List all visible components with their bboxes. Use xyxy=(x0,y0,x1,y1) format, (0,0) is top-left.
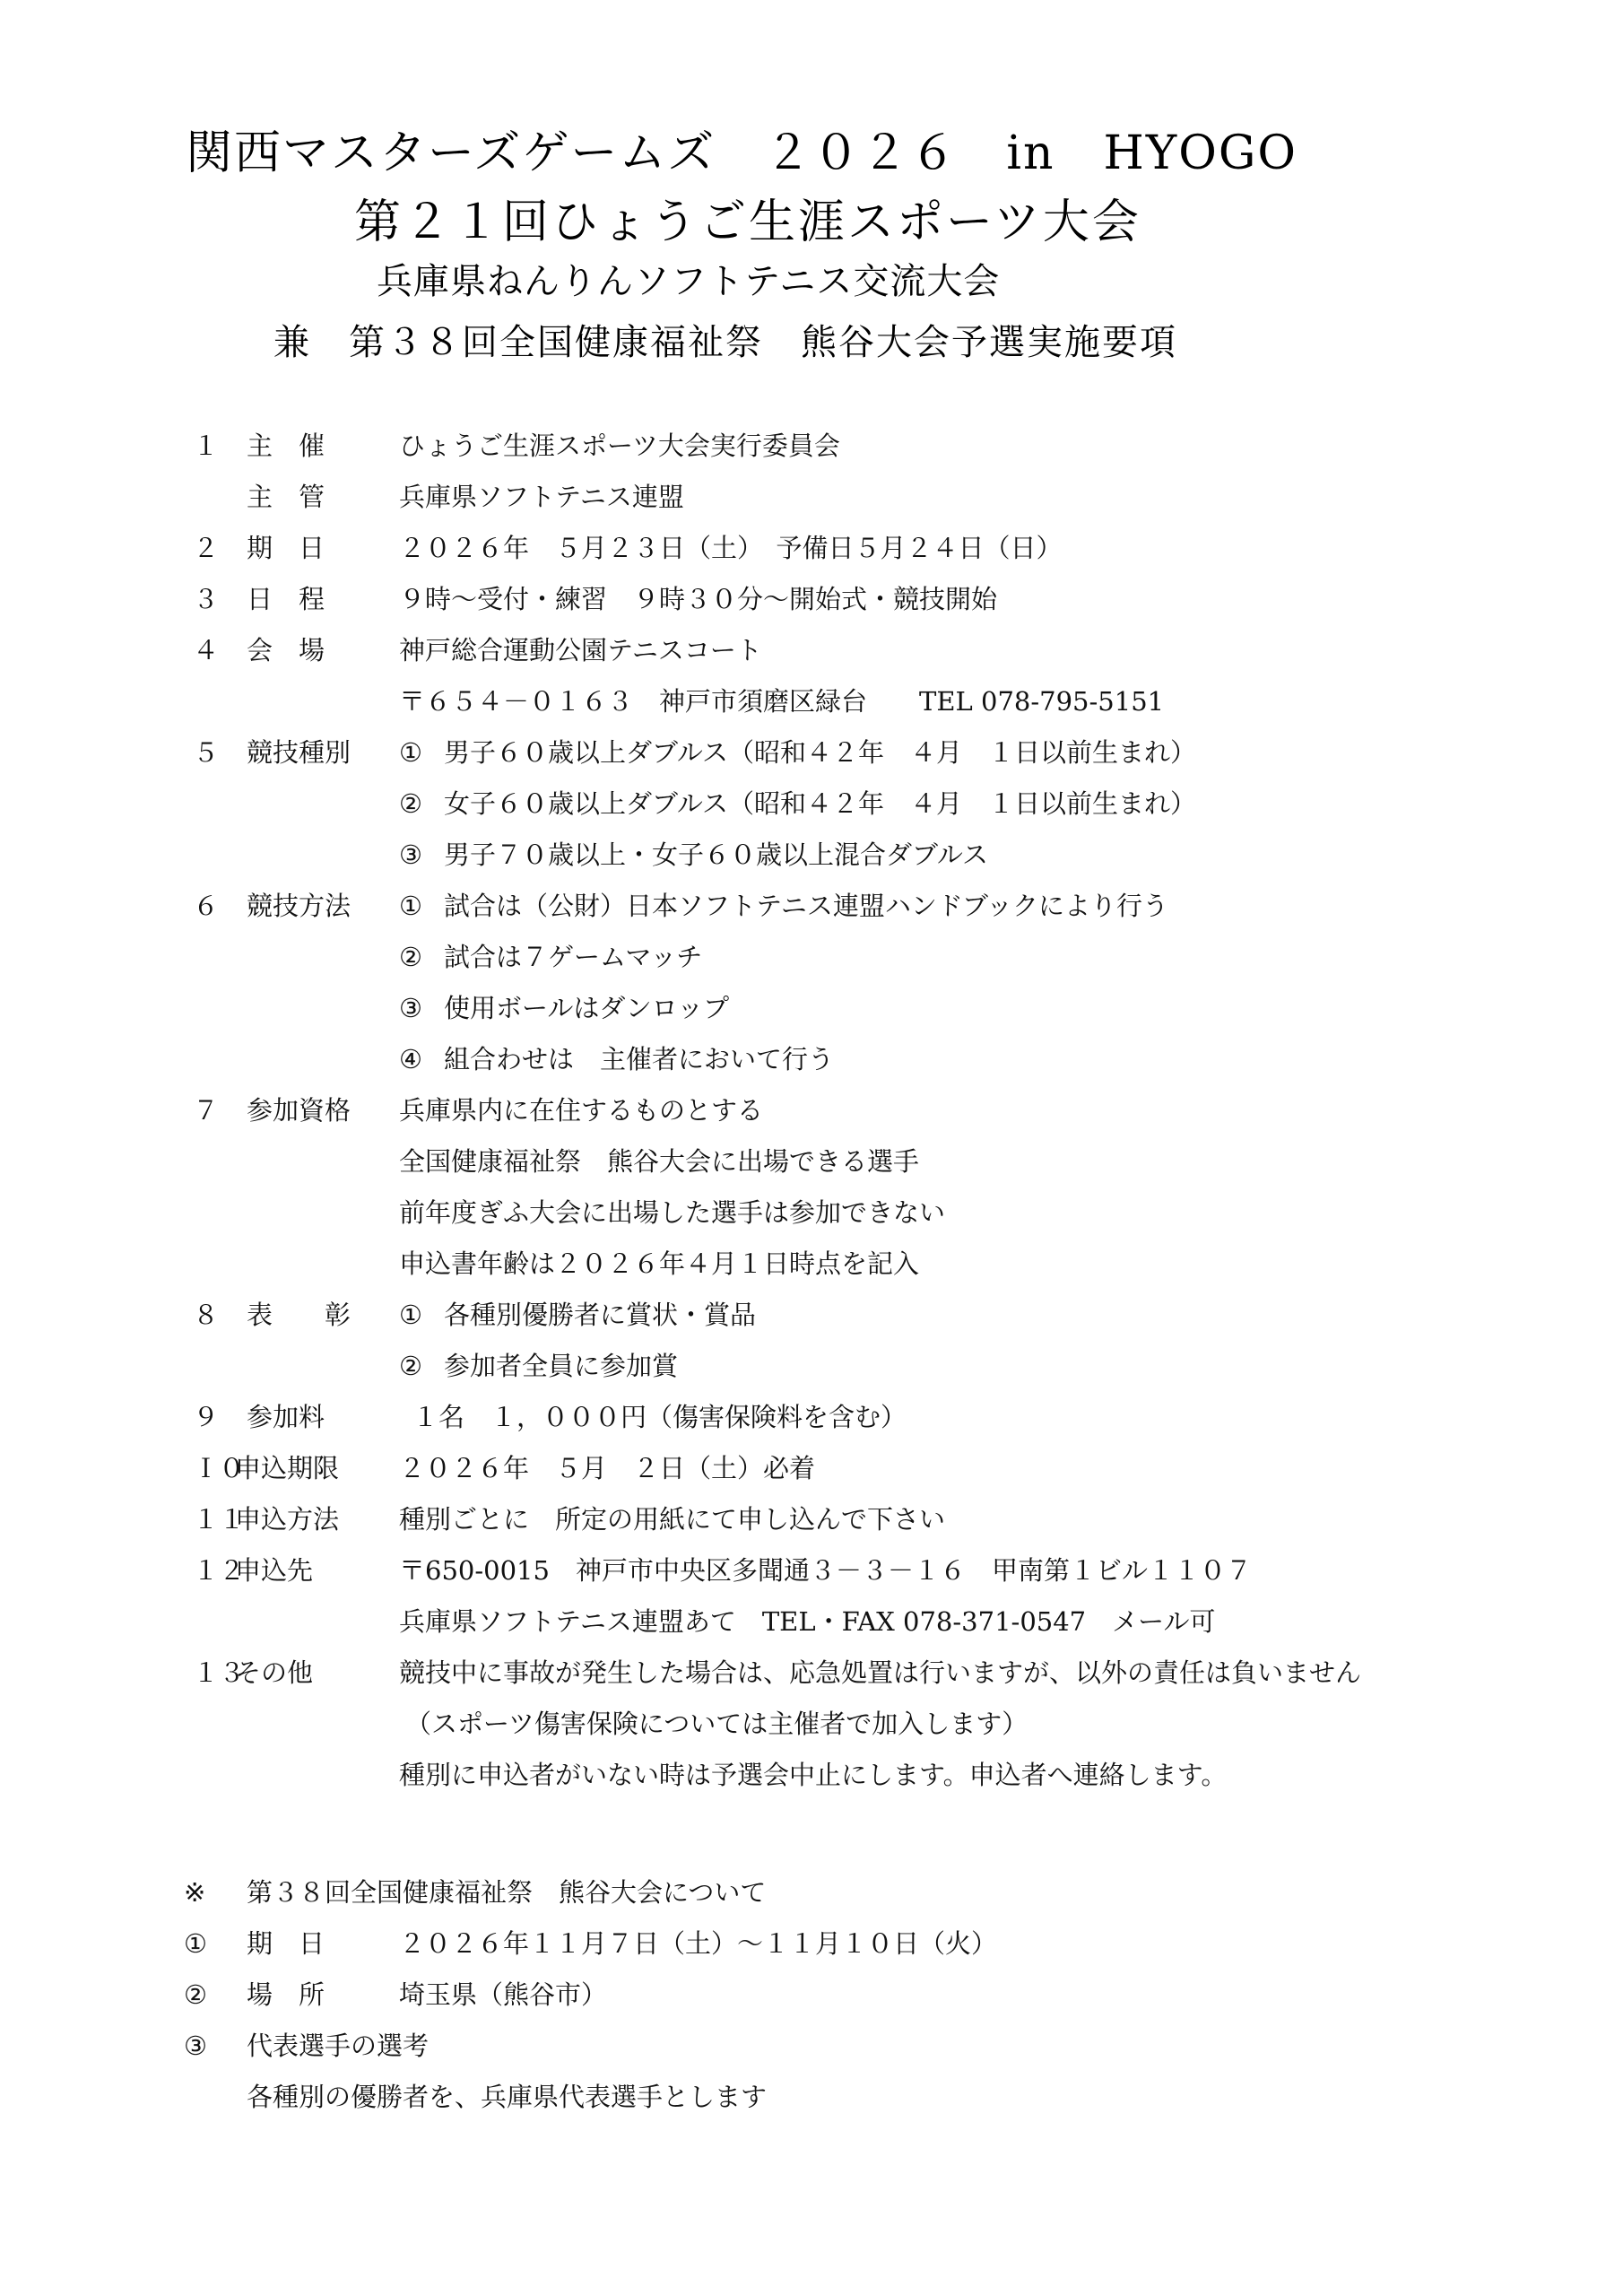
item-content: 兵庫県ソフトテニス連盟 xyxy=(399,474,684,519)
selection-text: 各種別の優勝者を、兵庫県代表選手とします xyxy=(247,2074,767,2119)
circled-number: ① xyxy=(399,730,444,775)
venue-name: 神戸総合運動公園テニスコート xyxy=(399,628,762,673)
category-1: ①男子６０歳以上ダブルス（昭和４２年 ４月 １日以前生まれ） xyxy=(399,730,1196,775)
item-number: １ xyxy=(193,423,238,468)
category-text: 女子６０歳以上ダブルス（昭和４２年 ４月 １日以前生まれ） xyxy=(444,788,1196,819)
award-1: ①各種別優勝者に賞状・賞品 xyxy=(399,1292,756,1337)
note-value: ２０２６年１１月７日（土）～１１月１０日（火） xyxy=(399,1921,997,1966)
eligibility-line: 前年度ぎふ大会に出場した選手は参加できない xyxy=(399,1190,945,1235)
award-text: 各種別優勝者に賞状・賞品 xyxy=(444,1300,756,1330)
item-number: ７ xyxy=(193,1088,238,1133)
eligibility-line: 全国健康福祉祭 熊谷大会に出場できる選手 xyxy=(399,1139,919,1184)
eligibility-line: 申込書年齢は２０２６年４月１日時点を記入 xyxy=(399,1241,919,1286)
method-1: ①試合は（公財）日本ソフトテニス連盟ハンドブックにより行う xyxy=(399,883,1168,928)
item-number: ９ xyxy=(193,1395,238,1439)
item-label: 日 程 xyxy=(247,577,399,622)
note-label: 場 所 xyxy=(247,1972,325,2017)
other-line: 種別に申込者がいない時は予選会中止にします。申込者へ連絡します。 xyxy=(399,1752,1227,1797)
circled-number: ② xyxy=(399,781,444,826)
eligibility-line: 兵庫県内に在住するものとする xyxy=(399,1088,763,1133)
circled-number: ① xyxy=(399,1292,444,1337)
reference-mark-icon: ※ xyxy=(184,1870,205,1915)
note-value: 埼玉県（熊谷市） xyxy=(399,1972,607,2017)
item-content: ひょうご生涯スポーツ大会実行委員会 xyxy=(399,423,840,468)
item-label: 表 彰 xyxy=(247,1292,399,1337)
circled-number: ② xyxy=(399,1344,444,1388)
award-text: 参加者全員に参加賞 xyxy=(444,1351,678,1381)
method-text: 組合わせは 主催者において行う xyxy=(444,1044,834,1074)
item-number: Ｉ０ xyxy=(193,1446,238,1491)
application-method-value: 種別ごとに 所定の用紙にて申し込んで下さい xyxy=(399,1497,945,1542)
item-label: 主 催 xyxy=(247,423,399,468)
item-content: ９時～受付・練習 ９時３０分～開始式・競技開始 xyxy=(399,577,997,622)
circled-number: ① xyxy=(184,1921,207,1966)
method-text: 試合は（公財）日本ソフトテニス連盟ハンドブックにより行う xyxy=(444,891,1168,921)
circled-number: ② xyxy=(184,1972,207,2017)
application-address: 〒650-0015 神戸市中央区多聞通３－３－１６ 甲南第１ビル１１０７ xyxy=(399,1548,1252,1593)
item-number: ８ xyxy=(193,1292,238,1337)
item-label: 競技方法 xyxy=(247,883,399,928)
category-2: ②女子６０歳以上ダブルス（昭和４２年 ４月 １日以前生まれ） xyxy=(399,781,1196,826)
title-line-4: 兼 第３８回全国健康福祉祭 熊谷大会予選実施要項 xyxy=(273,314,1177,365)
circled-number: ③ xyxy=(399,832,444,877)
category-text: 男子７０歳以上・女子６０歳以上混合ダブルス xyxy=(444,839,988,870)
title-line-1: 関西マスターズゲームズ ２０２６ in HYOGO xyxy=(186,115,1298,182)
method-4: ④組合わせは 主催者において行う xyxy=(399,1037,834,1082)
item-label: 会 場 xyxy=(247,628,399,673)
award-2: ②参加者全員に参加賞 xyxy=(399,1344,678,1388)
item-label: 競技種別 xyxy=(247,730,399,775)
item-label: 申込方法 xyxy=(235,1497,387,1542)
circled-number: ① xyxy=(399,883,444,928)
item-number: ２ xyxy=(193,526,238,570)
circled-number: ③ xyxy=(184,2023,207,2068)
application-contact: 兵庫県ソフトテニス連盟あて TEL・FAX 078-371-0547 メール可 xyxy=(399,1599,1216,1644)
method-3: ③使用ボールはダンロップ xyxy=(399,986,729,1031)
item-number: ５ xyxy=(193,730,238,775)
method-text: 試合は７ゲームマッチ xyxy=(444,942,702,972)
method-text: 使用ボールはダンロップ xyxy=(444,993,729,1023)
circled-number: ③ xyxy=(399,986,444,1031)
item-label: 主 管 xyxy=(247,474,399,519)
document-page: 関西マスターズゲームズ ２０２６ in HYOGO 第２１回ひょうご生涯スポーツ… xyxy=(0,0,1623,2296)
item-number: ６ xyxy=(193,883,238,928)
title-line-3: 兵庫県ねんりんソフトテニス交流大会 xyxy=(377,253,1000,304)
item-label: 期 日 xyxy=(247,526,399,570)
other-line: （スポーツ傷害保険については主催者で加入します） xyxy=(405,1701,1028,1746)
title-line-2: 第２１回ひょうご生涯スポーツ大会 xyxy=(354,184,1141,251)
item-number: ３ xyxy=(193,577,238,622)
item-label: 参加料 xyxy=(247,1395,399,1439)
note-heading: 第３８回全国健康福祉祭 熊谷大会について xyxy=(247,1870,766,1915)
item-content: ２０２６年 ５月２３日（土） 予備日５月２４日（日） xyxy=(399,526,1063,570)
item-number: １２ xyxy=(193,1548,238,1593)
method-2: ②試合は７ゲームマッチ xyxy=(399,935,702,979)
item-number: １１ xyxy=(193,1497,238,1542)
item-label: 申込期限 xyxy=(235,1446,387,1491)
item-label: 申込先 xyxy=(235,1548,387,1593)
circled-number: ② xyxy=(399,935,444,979)
deadline-value: ２０２６年 ５月 ２日（土）必着 xyxy=(399,1446,815,1491)
note-label: 代表選手の選考 xyxy=(247,2023,429,2068)
category-3: ③男子７０歳以上・女子６０歳以上混合ダブルス xyxy=(399,832,988,877)
circled-number: ④ xyxy=(399,1037,444,1082)
item-label: その他 xyxy=(235,1650,387,1695)
item-label: 参加資格 xyxy=(247,1088,399,1133)
other-line: 競技中に事故が発生した場合は、応急処置は行いますが、以外の責任は負いません xyxy=(399,1650,1361,1695)
item-number: ４ xyxy=(193,628,238,673)
item-number: １３ xyxy=(193,1650,238,1695)
fee-value: １名 １，０００円（傷害保険料を含む） xyxy=(412,1395,907,1439)
venue-address: 〒６５４－０１６３ 神戸市須磨区緑台 TEL 078-795-5151 xyxy=(399,679,1164,724)
category-text: 男子６０歳以上ダブルス（昭和４２年 ４月 １日以前生まれ） xyxy=(444,737,1196,768)
note-label: 期 日 xyxy=(247,1921,325,1966)
